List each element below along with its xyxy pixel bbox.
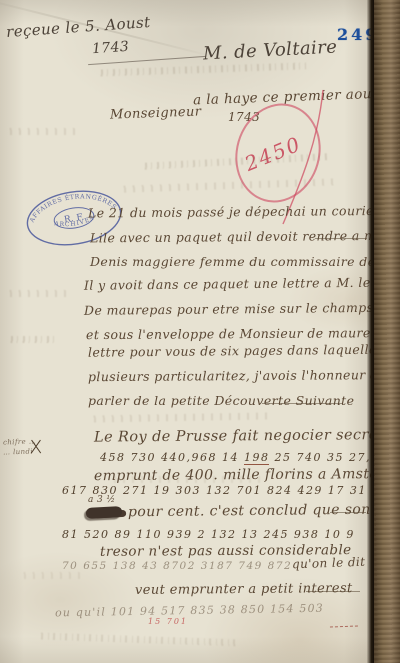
cipher-underlined-group: 198 [244,451,270,465]
bleedthrough-scribble [6,290,66,297]
letter-line: parler de la petite Découverte Suivante [88,393,354,408]
line-flourish [315,238,367,239]
letter-line: pour cent. c'est conclud que son [128,502,371,521]
letter-line: veut emprunter a petit interest [135,581,353,598]
margin-note-line2: … lundi [3,447,33,456]
cipher-line-faded: 70 655 138 43 8702 3187 749 872 [62,560,292,572]
bleedthrough-scribble [110,476,260,483]
ink-blot [86,506,123,519]
letter-line: plusieurs particularitez, j'avois l'honn… [88,367,400,384]
cipher-line: 458 730 440,968 14 198 25 740 35 27, 071… [100,451,400,464]
letter-line: qu'on le dit [292,555,366,572]
letter-line: Le 21 du mois passé je dépechai un couri… [88,203,400,221]
cipher-segment: 458 730 440,968 14 [100,451,244,464]
letter-line: Le Roy de Prusse fait negocier secreteme… [94,426,400,445]
manuscript-scan: reçeue le 5. Aoust 1743 M. de Voltaire 2… [0,0,400,663]
cipher-line: 81 520 89 110 939 2 132 13 245 938 10 9 [62,528,355,541]
bleedthrough-scribble [20,572,80,579]
bleedthrough-scribble [6,336,58,343]
red-margin-numbers: 15 701 [148,617,188,626]
interline-note: a 3 ½ [88,495,116,505]
line-flourish [330,512,366,513]
line-flourish [306,591,360,592]
binding-gutter-shadow [367,0,374,663]
book-binding-edge [374,0,400,663]
letter-line: Denis maggiere femme du commissaire des … [90,254,400,269]
letter-line: Lile avec un paquet quil devoit rendre a… [90,228,400,246]
letter-line: et sous l'enveloppe de Monsieur de maure… [86,325,400,342]
letter-line: De maurepas pour etre mise sur le champs… [84,299,400,318]
bleedthrough-scribble [6,128,76,135]
line-flourish [262,403,342,404]
